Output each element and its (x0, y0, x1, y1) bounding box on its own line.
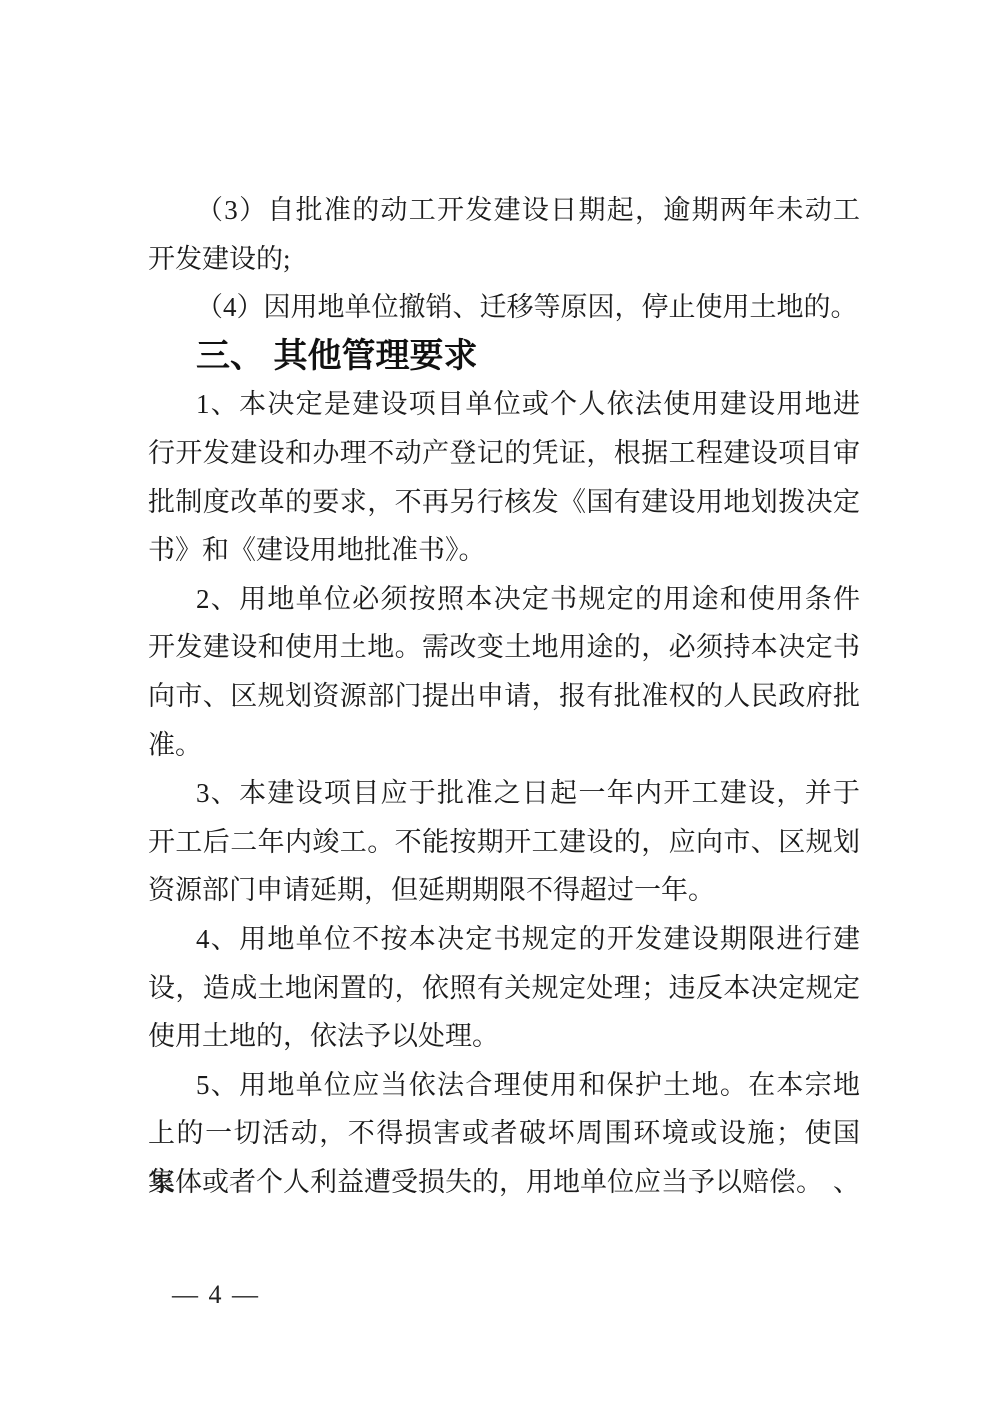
document-line: 批制度改革的要求，不再另行核发《国有建设用地划拨决定 (148, 478, 860, 527)
document-line: 使用土地的，依法予以处理。 (148, 1012, 860, 1061)
document-line: 集体或者个人利益遭受损失的，用地单位应当予以赔偿。 (148, 1158, 860, 1207)
document-line: 准。 (148, 721, 860, 770)
document-line: （3）自批准的动工开发建设日期起，逾期两年未动工 (148, 186, 860, 235)
document-line: 开发建设的; (148, 235, 860, 284)
document-line: 行开发建设和办理不动产登记的凭证，根据工程建设项目审 (148, 429, 860, 478)
document-line: 1、本决定是建设项目单位或个人依法使用建设用地进 (148, 380, 860, 429)
document-line: 上的一切活动，不得损害或者破坏周围环境或设施；使国家、 (148, 1109, 860, 1158)
section-heading: 三、 其他管理要求 (148, 332, 860, 381)
document-line: 向市、区规划资源部门提出申请，报有批准权的人民政府批 (148, 672, 860, 721)
document-page: （3）自批准的动工开发建设日期起，逾期两年未动工开发建设的;（4）因用地单位撤销… (0, 0, 992, 1403)
document-line: 资源部门申请延期，但延期期限不得超过一年。 (148, 866, 860, 915)
document-line: 开发建设和使用土地。需改变土地用途的，必须持本决定书 (148, 623, 860, 672)
document-line: 设，造成土地闲置的，依照有关规定处理；违反本决定规定 (148, 964, 860, 1013)
document-line: 书》和《建设用地批准书》。 (148, 526, 860, 575)
page-number: — 4 — (172, 1278, 260, 1312)
document-line: 4、用地单位不按本决定书规定的开发建设期限进行建 (148, 915, 860, 964)
document-line: 2、用地单位必须按照本决定书规定的用途和使用条件 (148, 575, 860, 624)
document-line: （4）因用地单位撤销、迁移等原因，停止使用土地的。 (148, 283, 860, 332)
document-line: 3、本建设项目应于批准之日起一年内开工建设，并于 (148, 769, 860, 818)
document-body: （3）自批准的动工开发建设日期起，逾期两年未动工开发建设的;（4）因用地单位撤销… (148, 186, 860, 1206)
document-line: 开工后二年内竣工。不能按期开工建设的，应向市、区规划 (148, 818, 860, 867)
document-line: 5、用地单位应当依法合理使用和保护土地。在本宗地 (148, 1061, 860, 1110)
